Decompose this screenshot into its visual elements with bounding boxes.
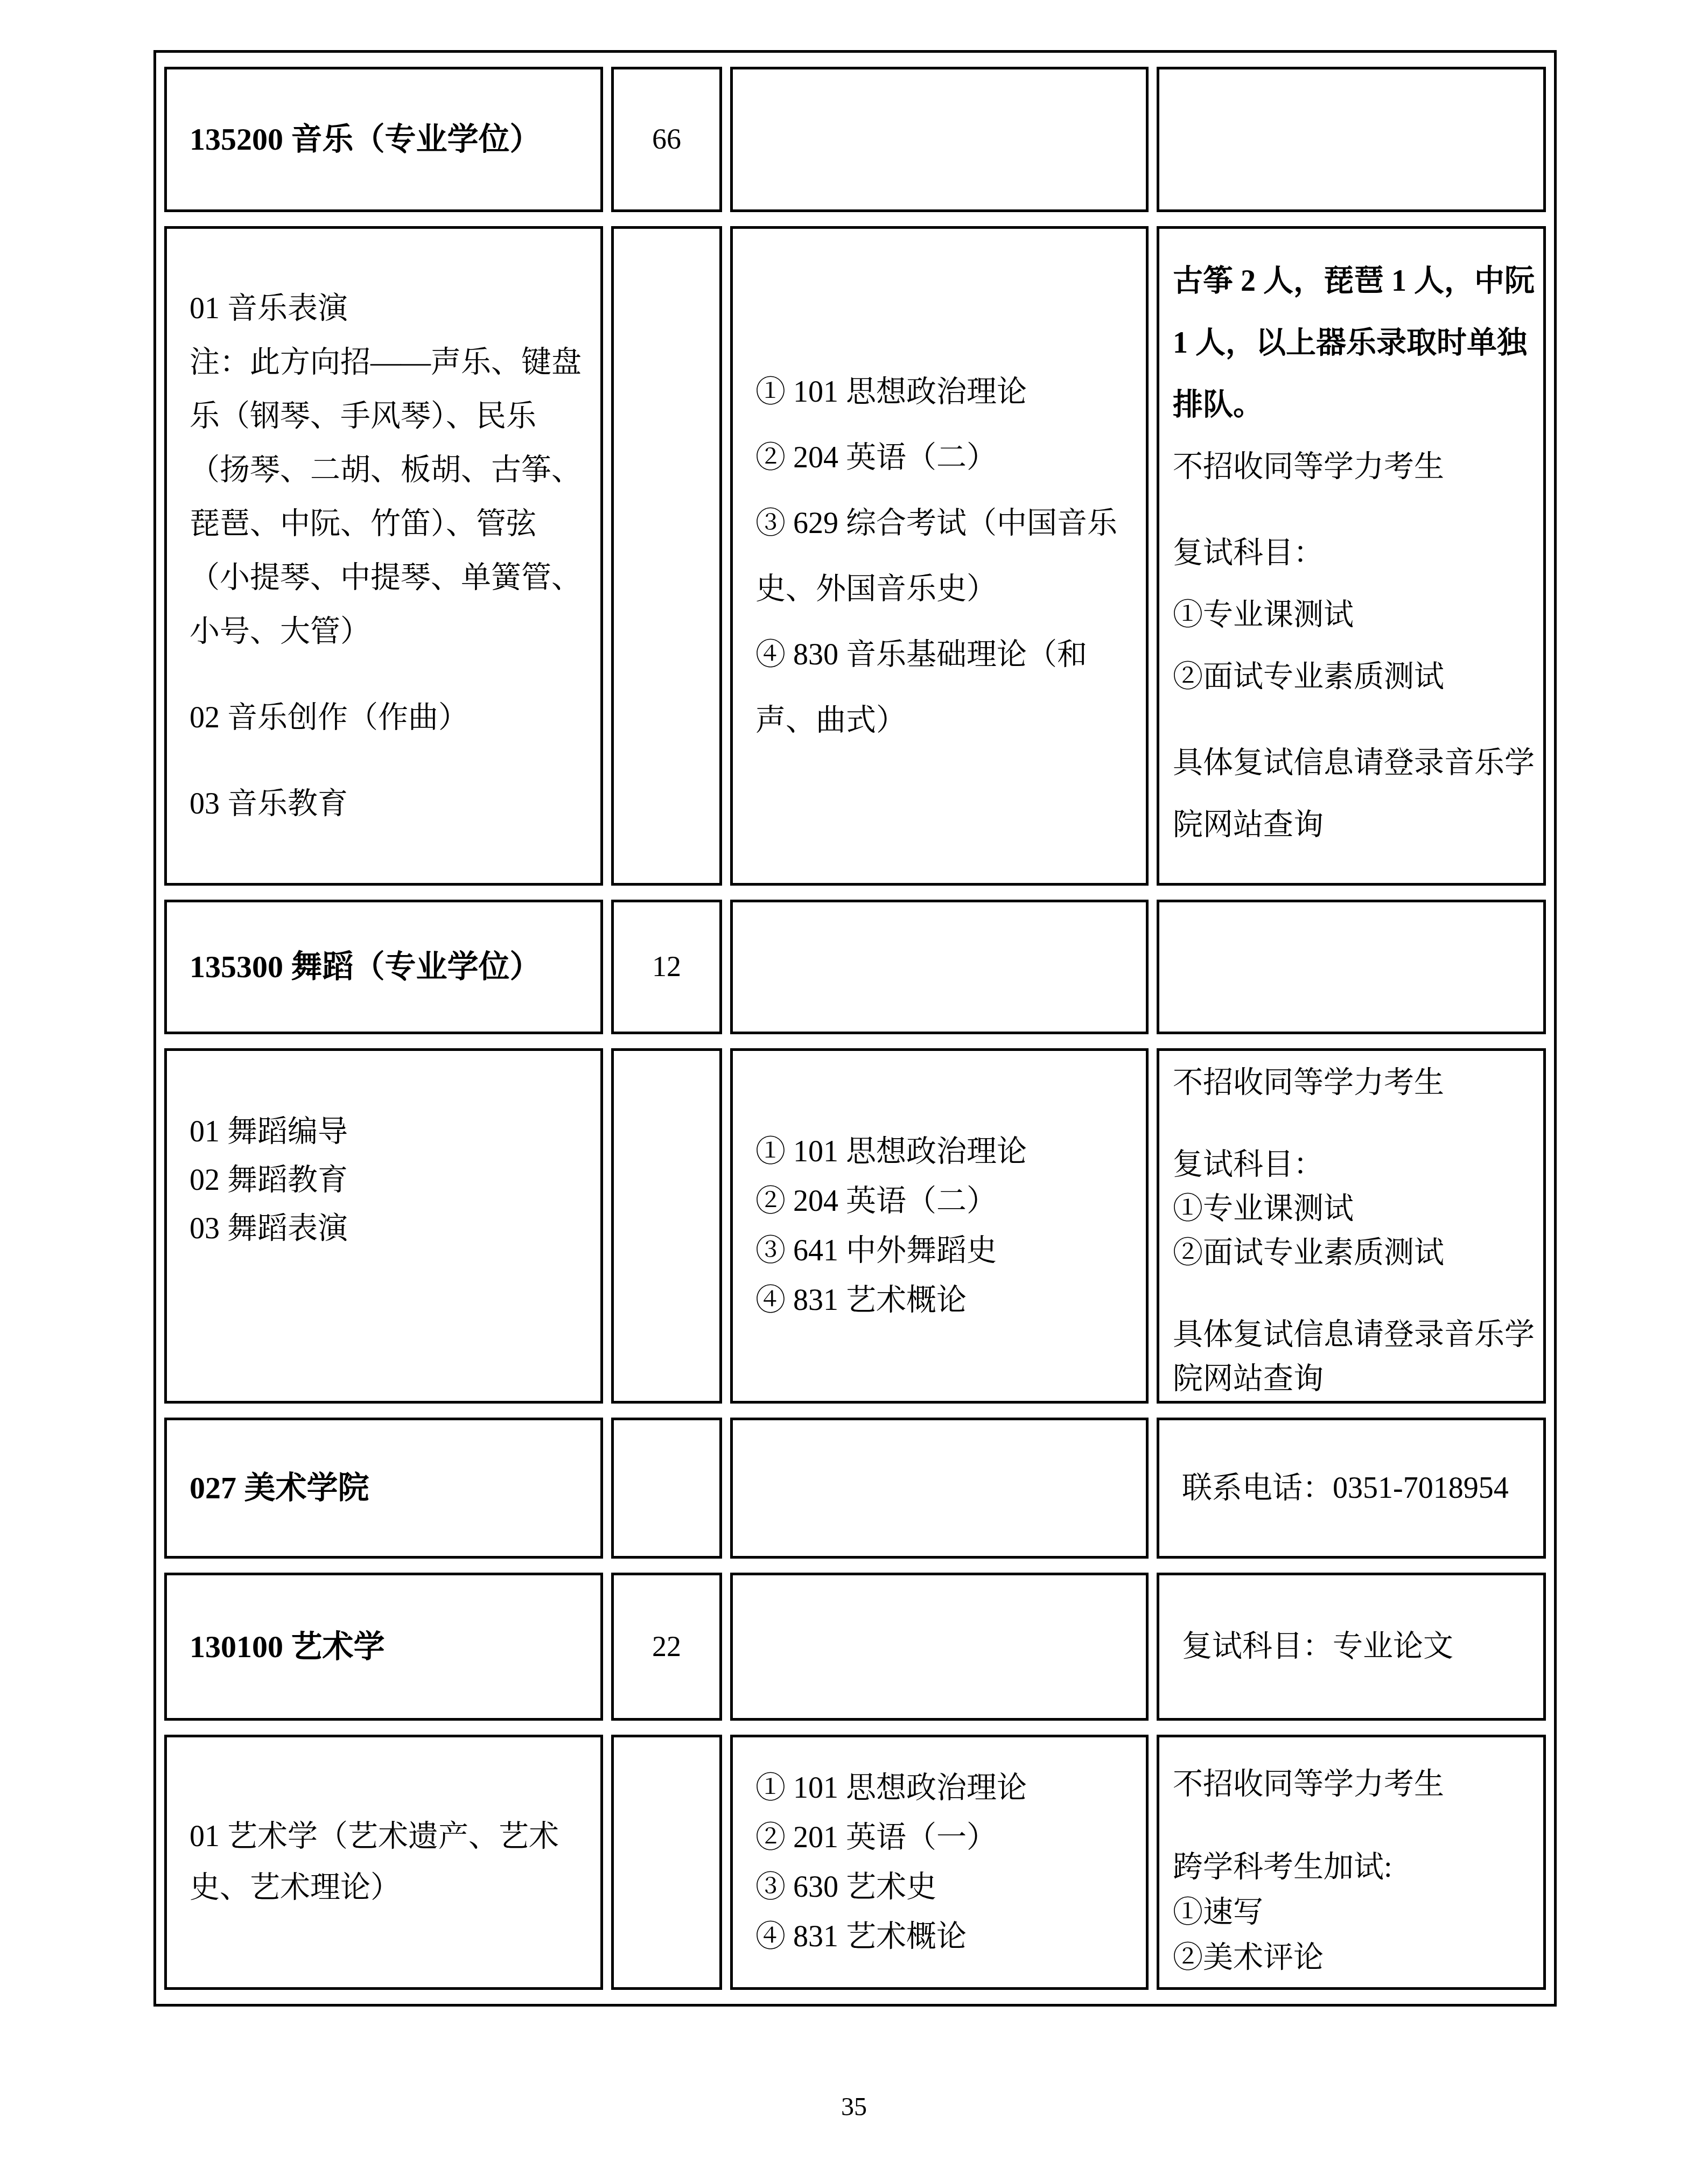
program-cell: 135300 舞蹈（专业学位） (164, 900, 603, 1034)
table-row-art-theory-program: 130100 艺术学 22 复试科目：专业论文 (164, 1573, 1546, 1721)
addtest-title: 跨学科考生加试: (1173, 1845, 1535, 1890)
remarks-cell-empty (1157, 67, 1546, 212)
program-title: 135200 音乐（专业学位） (190, 117, 585, 161)
remarks-cell: 不招收同等学力考生 跨学科考生加试: ①速写 ②美术评论 (1157, 1735, 1546, 1990)
program-title: 135300 舞蹈（专业学位） (190, 945, 585, 988)
table-row-dance-program: 135300 舞蹈（专业学位） 12 (164, 900, 1546, 1034)
retest-info: 具体复试信息请登录音乐学院网站查询 (1173, 732, 1535, 856)
exam-subject: ① 101 思想政治理论 (755, 1127, 1131, 1176)
quota-cell-empty (611, 1418, 722, 1559)
exam-subjects-cell-empty (730, 67, 1149, 212)
exam-subject: ④ 830 音乐基础理论（和声、曲式） (755, 622, 1131, 753)
exam-subjects-cell: ① 101 思想政治理论 ② 204 英语（二） ③ 629 综合考试（中国音乐… (730, 226, 1149, 886)
quota-cell: 66 (611, 67, 722, 212)
directions-cell: 01 音乐表演 注：此方向招——声乐、键盘乐（钢琴、手风琴）、民乐（扬琴、二胡、… (164, 226, 603, 886)
page-number: 35 (0, 2092, 1708, 2122)
table-row-dance-directions: 01 舞蹈编导 02 舞蹈教育 03 舞蹈表演 ① 101 思想政治理论 ② 2… (164, 1048, 1546, 1404)
no-equivalent-note: 不招收同等学力考生 (1173, 1762, 1535, 1807)
table-row-art-theory-directions: 01 艺术学（艺术遗产、艺术史、艺术理论） ① 101 思想政治理论 ② 201… (164, 1735, 1546, 1990)
direction-item: 03 舞蹈表演 (190, 1204, 585, 1253)
remarks-cell: 古筝 2 人，琵琶 1 人，中阮 1 人，以上器乐录取时单独排队。 不招收同等学… (1157, 226, 1546, 886)
direction-item: 02 音乐创作（作曲） (190, 691, 585, 745)
direction-item: 01 舞蹈编导 (190, 1107, 585, 1156)
exam-subject: ③ 629 综合考试（中国音乐史、外国音乐史） (755, 490, 1131, 622)
exam-subjects-cell: ① 101 思想政治理论 ② 201 英语（一） ③ 630 艺术史 ④ 831… (730, 1735, 1149, 1990)
retest-cell: 复试科目：专业论文 (1157, 1573, 1546, 1721)
department-title: 027 美术学院 (190, 1466, 585, 1510)
retest-title: 复试科目： (1173, 1142, 1535, 1187)
quota-cell-empty (611, 1048, 722, 1404)
exam-subjects-cell-empty (730, 1573, 1149, 1721)
program-title: 130100 艺术学 (190, 1625, 585, 1668)
exam-subject: ④ 831 艺术概论 (755, 1912, 1131, 1961)
direction-item: 01 艺术学（艺术遗产、艺术史、艺术理论） (190, 1811, 585, 1913)
special-quota-note: 古筝 2 人，琵琶 1 人，中阮 1 人，以上器乐录取时单独排队。 (1173, 250, 1535, 436)
retest-item: ①专业课测试 (1173, 584, 1535, 646)
program-cell: 130100 艺术学 (164, 1573, 603, 1721)
remarks-cell: 不招收同等学力考生 复试科目： ①专业课测试 ②面试专业素质测试 具体复试信息请… (1157, 1048, 1546, 1404)
no-equivalent-note: 不招收同等学力考生 (1173, 1061, 1535, 1105)
contact-cell: 联系电话：0351-7018954 (1157, 1418, 1546, 1559)
exam-subject: ③ 641 中外舞蹈史 (755, 1226, 1131, 1275)
exam-subjects-cell-empty (730, 1418, 1149, 1559)
directions-cell: 01 艺术学（艺术遗产、艺术史、艺术理论） (164, 1735, 603, 1990)
admissions-table: 135200 音乐（专业学位） 66 01 音乐表演 注：此方向招——声乐、键盘… (153, 50, 1557, 2007)
quota-cell-empty (611, 1735, 722, 1990)
quota-value: 22 (614, 1626, 719, 1667)
remarks-cell-empty (1157, 900, 1546, 1034)
retest-item: ②面试专业素质测试 (1173, 1231, 1535, 1275)
directions-cell: 01 舞蹈编导 02 舞蹈教育 03 舞蹈表演 (164, 1048, 603, 1404)
exam-subject: ④ 831 艺术概论 (755, 1275, 1131, 1325)
direction-item: 02 舞蹈教育 (190, 1156, 585, 1204)
exam-subject: ② 204 英语（二） (755, 425, 1131, 490)
direction-note: 注：此方向招——声乐、键盘乐（钢琴、手风琴）、民乐（扬琴、二胡、板胡、古筝、琵琶… (190, 335, 585, 658)
exam-subject: ③ 630 艺术史 (755, 1862, 1131, 1912)
quota-cell-empty (611, 226, 722, 886)
direction-item: 01 音乐表演 (190, 282, 585, 335)
quota-value: 12 (614, 946, 719, 987)
retest-item: ①专业课测试 (1173, 1187, 1535, 1231)
addtest-item: ①速写 (1173, 1890, 1535, 1935)
quota-value: 66 (614, 119, 719, 160)
retest-title: 复试科目： (1173, 522, 1535, 584)
table-row-fine-arts-school: 027 美术学院 联系电话：0351-7018954 (164, 1418, 1546, 1559)
addtest-item: ②美术评论 (1173, 1935, 1535, 1980)
exam-subject: ① 101 思想政治理论 (755, 359, 1131, 425)
exam-subjects-cell-empty (730, 900, 1149, 1034)
quota-cell: 12 (611, 900, 722, 1034)
program-cell: 135200 音乐（专业学位） (164, 67, 603, 212)
exam-subject: ② 204 英语（二） (755, 1176, 1131, 1226)
exam-subject: ② 201 英语（一） (755, 1813, 1131, 1862)
retest-item: ②面试专业素质测试 (1173, 646, 1535, 708)
exam-subject: ① 101 思想政治理论 (755, 1763, 1131, 1813)
direction-item: 03 音乐教育 (190, 777, 585, 831)
department-cell: 027 美术学院 (164, 1418, 603, 1559)
no-equivalent-note: 不招收同等学力考生 (1173, 436, 1535, 498)
contact-phone: 联系电话：0351-7018954 (1182, 1467, 1528, 1509)
document-page: 135200 音乐（专业学位） 66 01 音乐表演 注：此方向招——声乐、键盘… (0, 0, 1708, 2160)
table-row-music-program: 135200 音乐（专业学位） 66 (164, 67, 1546, 212)
table-row-music-directions: 01 音乐表演 注：此方向招——声乐、键盘乐（钢琴、手风琴）、民乐（扬琴、二胡、… (164, 226, 1546, 886)
retest-info: 具体复试信息请登录音乐学院网站查询 (1173, 1313, 1535, 1401)
retest-subject: 复试科目：专业论文 (1182, 1625, 1528, 1667)
quota-cell: 22 (611, 1573, 722, 1721)
exam-subjects-cell: ① 101 思想政治理论 ② 204 英语（二） ③ 641 中外舞蹈史 ④ 8… (730, 1048, 1149, 1404)
